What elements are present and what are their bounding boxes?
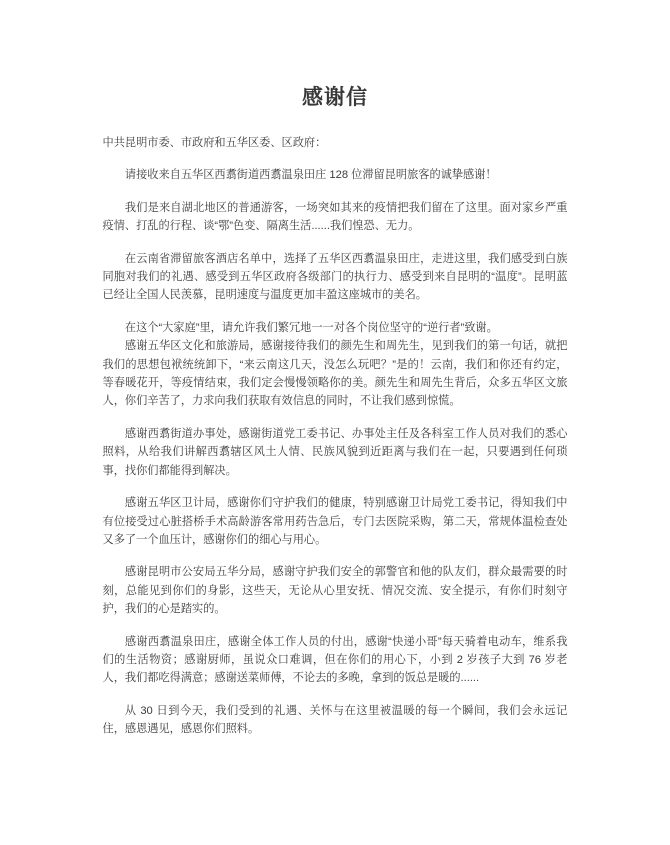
letter-paragraph-9: 感谢西翥温泉田庄，感谢全体工作人员的付出，感谢“快递小哥”每天骑着电动车，维系我… <box>103 633 568 688</box>
letter-paragraph-4: 在这个“大家庭”里，请允许我们繁冗地一一对各个岗位坚守的“逆行者”致谢。 <box>103 319 568 337</box>
letter-page: 感谢信 中共昆明市委、市政府和五华区委、区政府： 请接收来自五华区西翥街道西翥温… <box>103 0 568 739</box>
letter-paragraph-7: 感谢五华区卫计局，感谢你们守护我们的健康，特别感谢卫计局党工委书记，得知我们中有… <box>103 494 568 549</box>
letter-paragraph-3: 在云南省滞留旅客酒店名单中，选择了五华区西翥温泉田庄，走进这里，我们感受到白族同… <box>103 250 568 305</box>
document-page: { "colors": { "background": "#ffffff", "… <box>0 0 670 845</box>
letter-paragraph-10: 从 30 日到今天，我们受到的礼遇、关怀与在这里被温暖的每一个瞬间，我们会永远记… <box>103 702 568 739</box>
letter-paragraph-1: 请接收来自五华区西翥街道西翥温泉田庄 128 位滞留昆明旅客的诚挚感谢！ <box>103 166 568 184</box>
letter-paragraph-5: 感谢五华区文化和旅游局，感谢接待我们的颜先生和周先生，见到我们的第一句话，就把我… <box>103 337 568 411</box>
letter-salutation: 中共昆明市委、市政府和五华区委、区政府： <box>103 134 568 152</box>
letter-paragraph-6: 感谢西翥街道办事处，感谢街道党工委书记、办事处主任及各科室工作人员对我们的悉心照… <box>103 425 568 480</box>
letter-paragraph-8: 感谢昆明市公安局五华分局，感谢守护我们安全的郭警官和他的队友们，群众最需要的时刻… <box>103 563 568 618</box>
letter-paragraph-2: 我们是来自湖北地区的普通游客，一场突如其来的疫情把我们留在了这里。面对家乡严重疫… <box>103 199 568 236</box>
letter-title: 感谢信 <box>103 84 568 112</box>
